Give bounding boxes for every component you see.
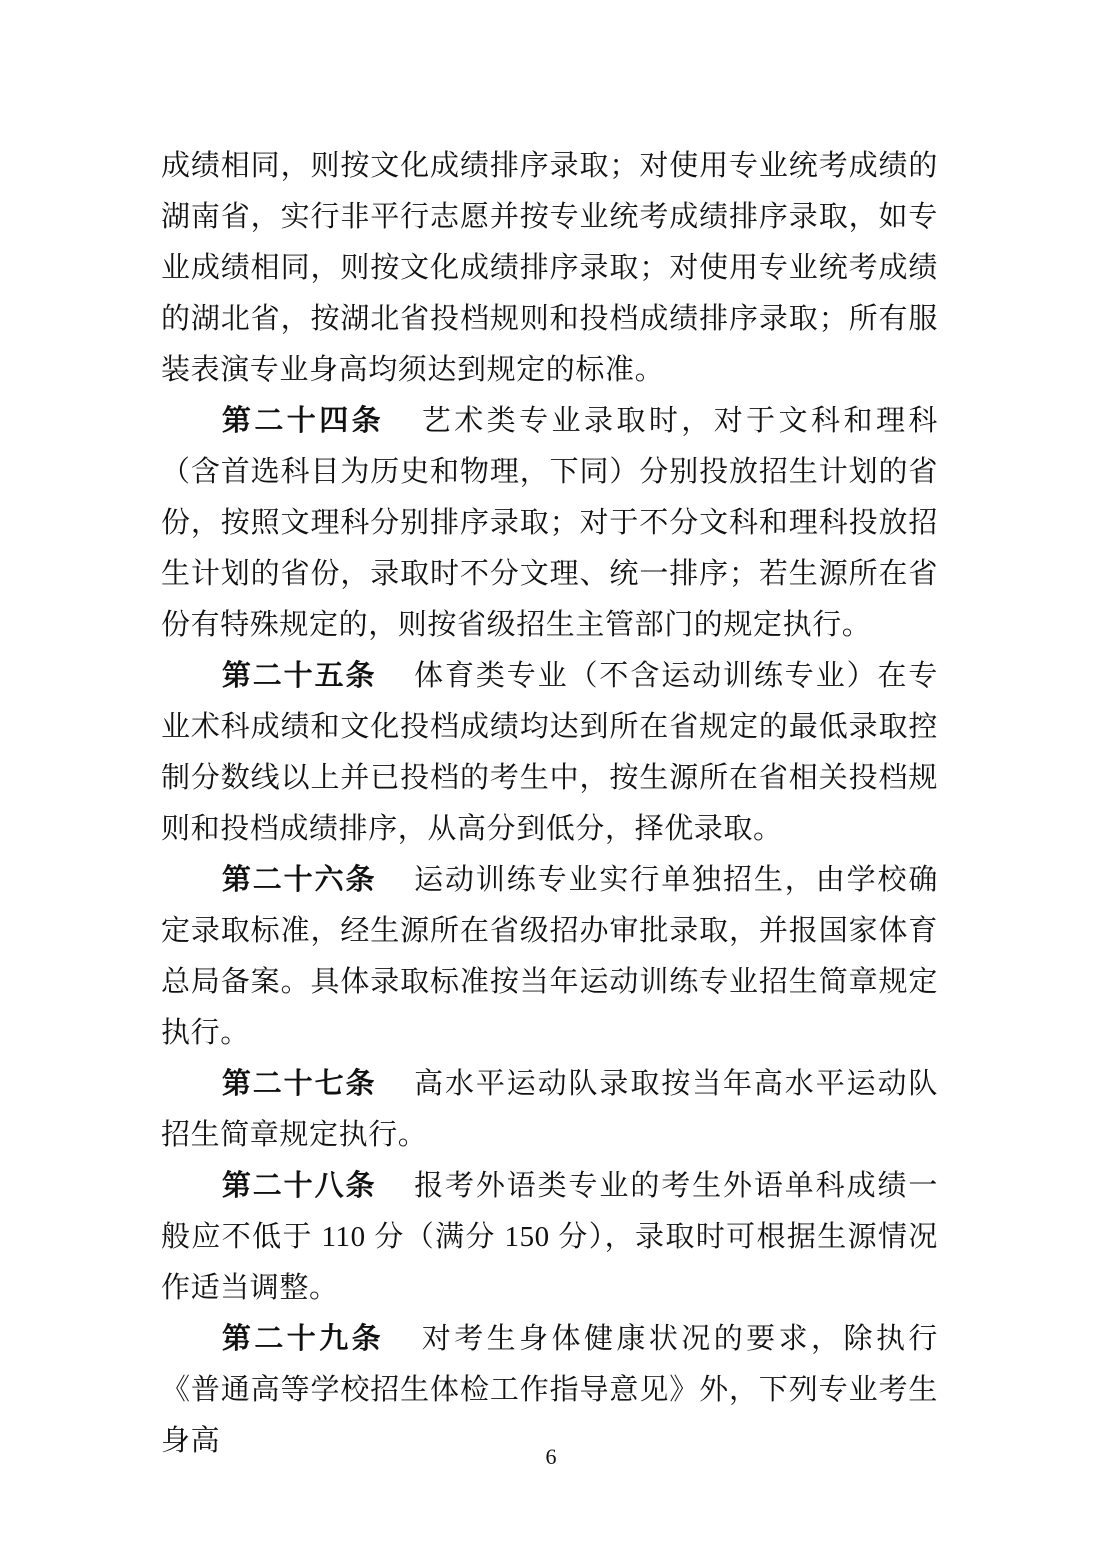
- clause-number: 第二十四条: [222, 405, 384, 437]
- document-body: 成绩相同，则按文化成绩排序录取；对使用专业统考成绩的湖南省，实行非平行志愿并按专…: [161, 141, 938, 1467]
- paragraph-article-25: 第二十五条体育类专业（不含运动训练专业）在专业术科成绩和文化投档成绩均达到所在省…: [161, 651, 938, 855]
- clause-number: 第二十九条: [222, 1323, 384, 1355]
- clause-number: 第二十七条: [222, 1068, 376, 1100]
- paragraph-article-28: 第二十八条报考外语类专业的考生外语单科成绩一般应不低于 110 分（满分 150…: [161, 1161, 938, 1314]
- paragraph-article-24: 第二十四条艺术类专业录取时，对于文科和理科（含首选科目为历史和物理，下同）分别投…: [161, 396, 938, 651]
- clause-number: 第二十八条: [222, 1170, 376, 1202]
- document-page: 成绩相同，则按文化成绩排序录取；对使用专业统考成绩的湖南省，实行非平行志愿并按专…: [0, 0, 1102, 1559]
- paragraph-article-26: 第二十六条运动训练专业实行单独招生，由学校确定录取标准，经生源所在省级招办审批录…: [161, 855, 938, 1059]
- page-number: 6: [0, 1443, 1102, 1471]
- paragraph-text: 艺术类专业录取时，对于文科和理科（含首选科目为历史和物理，下同）分别投放招生计划…: [161, 405, 938, 641]
- paragraph-article-27: 第二十七条高水平运动队录取按当年高水平运动队招生简章规定执行。: [161, 1059, 938, 1161]
- paragraph-continuation: 成绩相同，则按文化成绩排序录取；对使用专业统考成绩的湖南省，实行非平行志愿并按专…: [161, 141, 938, 396]
- clause-number: 第二十六条: [222, 864, 376, 896]
- paragraph-text: 成绩相同，则按文化成绩排序录取；对使用专业统考成绩的湖南省，实行非平行志愿并按专…: [161, 150, 938, 386]
- clause-number: 第二十五条: [222, 660, 376, 692]
